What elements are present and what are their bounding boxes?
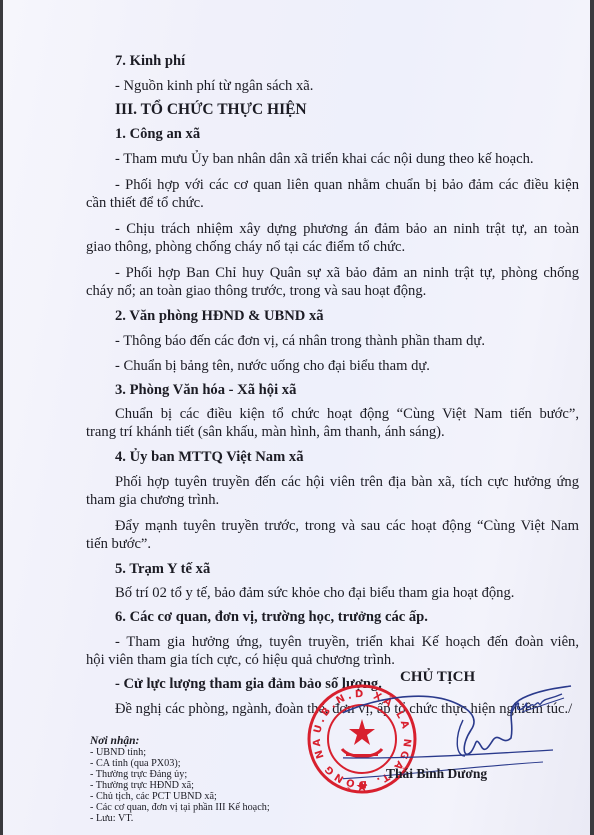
p1-item4-b: cháy nổ; an toàn giao thông trước, trong…: [86, 282, 426, 300]
signer-name: Thái Bình Dương: [386, 765, 487, 783]
p1-heading: 1. Công an xã: [115, 125, 200, 143]
part-3-heading: III. TỔ CHỨC THỰC HIỆN: [115, 101, 307, 119]
p5-text: Bố trí 02 tổ y tế, bảo đảm sức khỏe cho …: [115, 584, 514, 602]
document-page: 7. Kinh phí - Nguồn kinh phí từ ngân sác…: [3, 0, 590, 835]
p4-text1-a: Phối hợp tuyên truyền đến các hội viên t…: [115, 473, 579, 491]
recipient-item: - Thường trực Đảng ủy;: [90, 769, 187, 781]
recipient-item: - Các cơ quan, đơn vị tại phần III Kế ho…: [90, 802, 270, 814]
p4-text2-b: tiến bước”.: [86, 535, 151, 553]
p4-heading: 4. Ủy ban MTTQ Việt Nam xã: [115, 448, 304, 466]
p6-heading: 6. Các cơ quan, đơn vị, trường học, trưở…: [115, 608, 428, 626]
p3-heading: 3. Phòng Văn hóa - Xã hội xã: [115, 381, 296, 399]
p1-item2-b: cần thiết để tổ chức.: [86, 194, 204, 212]
p4-text2-a: Đẩy mạnh tuyên truyền trước, trong và sa…: [115, 517, 579, 535]
section-7-heading: 7. Kinh phí: [115, 52, 185, 70]
p3-text-a: Chuẩn bị các điều kiện tổ chức hoạt động…: [115, 405, 579, 423]
p1-item1: - Tham mưu Ủy ban nhân dân xã triển khai…: [115, 150, 534, 168]
p3-text-b: trang trí khánh tiết (sân khấu, màn hình…: [86, 423, 445, 441]
p5-heading: 5. Trạm Y tế xã: [115, 560, 210, 578]
recipient-item: - Chủ tịch, các PCT UBND xã;: [90, 791, 217, 803]
recipient-item: - Thường trực HĐND xã;: [90, 780, 194, 792]
p2-item2: - Chuẩn bị bảng tên, nước uống cho đại b…: [115, 357, 430, 375]
recipient-item: - UBND tỉnh;: [90, 747, 146, 759]
p2-item1: - Thông báo đến các đơn vị, cá nhân tron…: [115, 332, 485, 350]
p1-item4-a: - Phối hợp Ban Chỉ huy Quân sự xã bảo đả…: [115, 264, 579, 282]
p4-text1-b: tham gia chương trình.: [86, 491, 219, 509]
recipient-item: - CA tỉnh (qua PX03);: [90, 758, 181, 770]
p1-item3-b: giao thông, phòng chống cháy nổ tại các …: [86, 238, 405, 256]
p6-item1-a: - Tham gia hưởng ứng, tuyên truyền, triể…: [115, 633, 579, 651]
p2-heading: 2. Văn phòng HĐND & UBND xã: [115, 307, 324, 325]
recipient-item: - Lưu: VT.: [90, 813, 133, 825]
section-7-text: - Nguồn kinh phí từ ngân sách xã.: [115, 77, 313, 95]
p1-item3-a: - Chịu trách nhiệm xây dựng phương án đả…: [115, 220, 579, 238]
p1-item2-a: - Phối hợp với các cơ quan liên quan nhằ…: [115, 176, 579, 194]
